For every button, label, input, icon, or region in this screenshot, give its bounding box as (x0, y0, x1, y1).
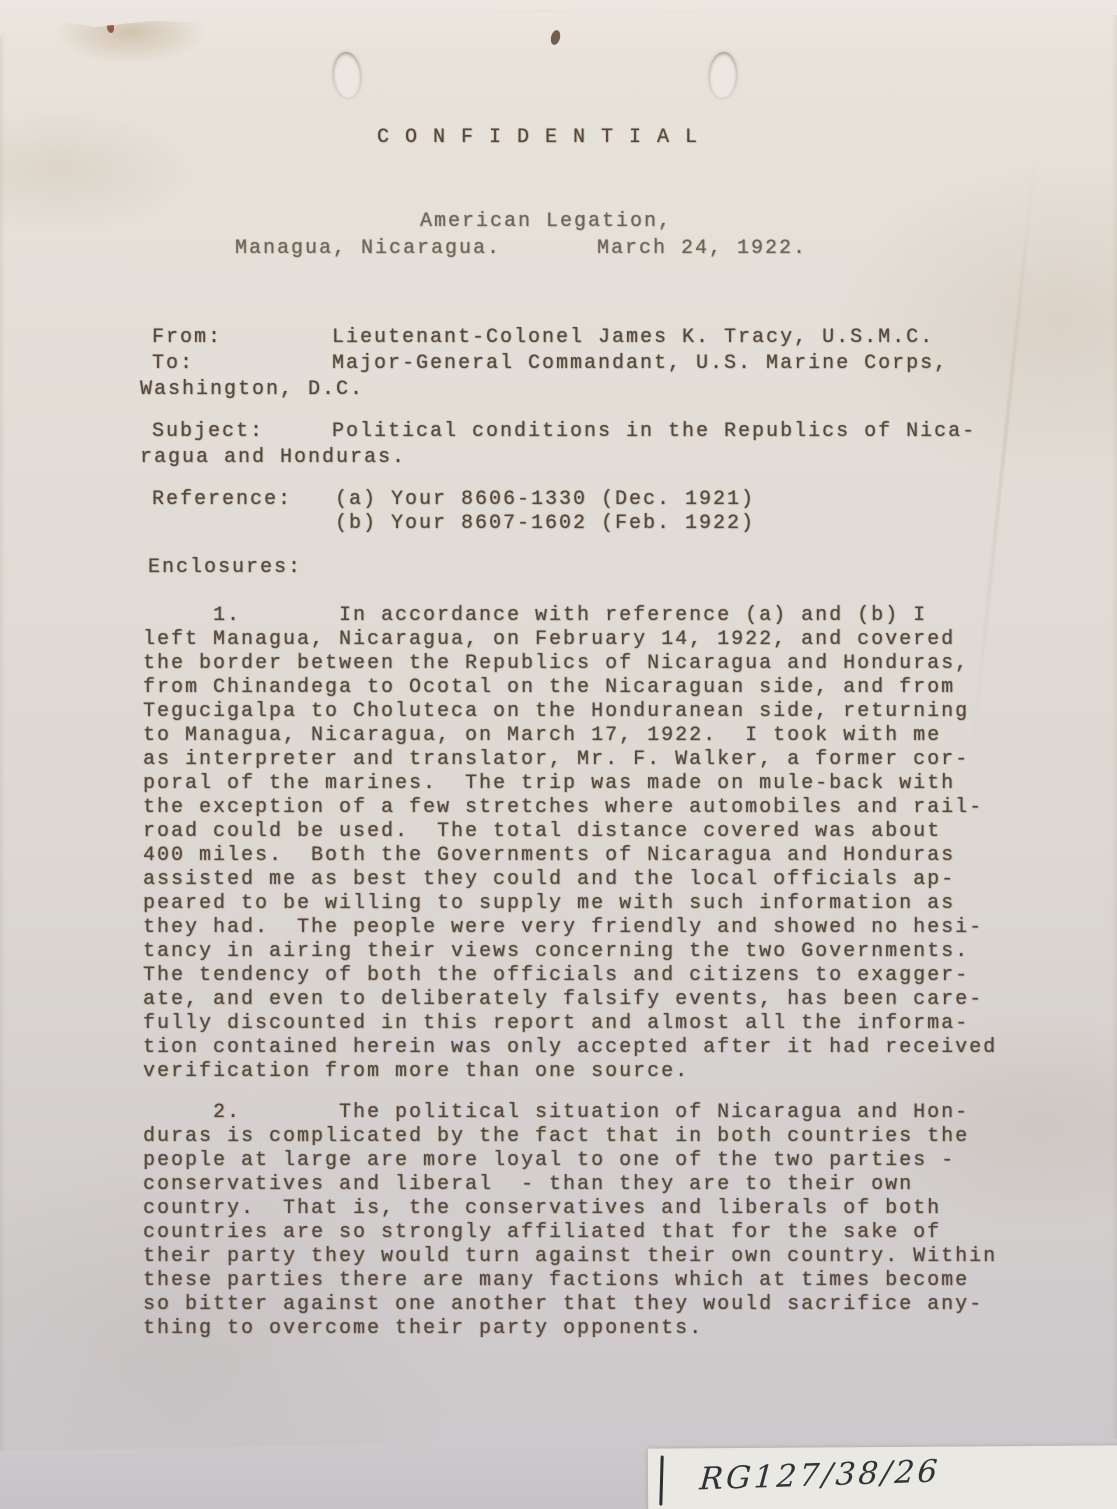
body-paragraph-2: 2. The political situation of Nicaragua … (143, 1101, 997, 1341)
letterhead-date: March 24, 1922. (597, 237, 807, 261)
rust-speck (106, 21, 115, 33)
to-value: Major-General Commandant, U.S. Marine Co… (332, 352, 948, 376)
body-paragraph-1: 1. In accordance with reference (a) and … (143, 604, 997, 1084)
letterhead-place: Managua, Nicaragua. (235, 237, 501, 261)
document-page: C O N F I D E N T I A L American Legatio… (0, 0, 1117, 1509)
subject-value-continuation: ragua and Honduras. (140, 446, 406, 470)
to-value-continuation: Washington, D.C. (140, 378, 364, 402)
archive-slip: RG127/38/26 (648, 1445, 1117, 1509)
classification-header: C O N F I D E N T I A L (377, 126, 699, 150)
archive-reference-label: RG127/38/26 (698, 1453, 941, 1497)
reference-item-b: (b) Your 8607-1602 (Feb. 1922) (335, 512, 755, 536)
subject-label: Subject: (152, 420, 264, 444)
letterhead-office: American Legation, (420, 210, 672, 234)
from-value: Lieutenant-Colonel James K. Tracy, U.S.M… (332, 326, 934, 350)
pen-stroke (659, 1456, 663, 1506)
scan-background: C O N F I D E N T I A L American Legatio… (0, 0, 1117, 1509)
subject-value: Political conditions in the Republics of… (332, 420, 976, 444)
to-label: To: (152, 352, 194, 376)
enclosures-label: Enclosures: (148, 556, 302, 580)
from-label: From: (152, 326, 222, 350)
reference-label: Reference: (152, 488, 292, 512)
ink-speck (549, 29, 561, 46)
reference-item-a: (a) Your 8606-1330 (Dec. 1921) (335, 488, 755, 512)
